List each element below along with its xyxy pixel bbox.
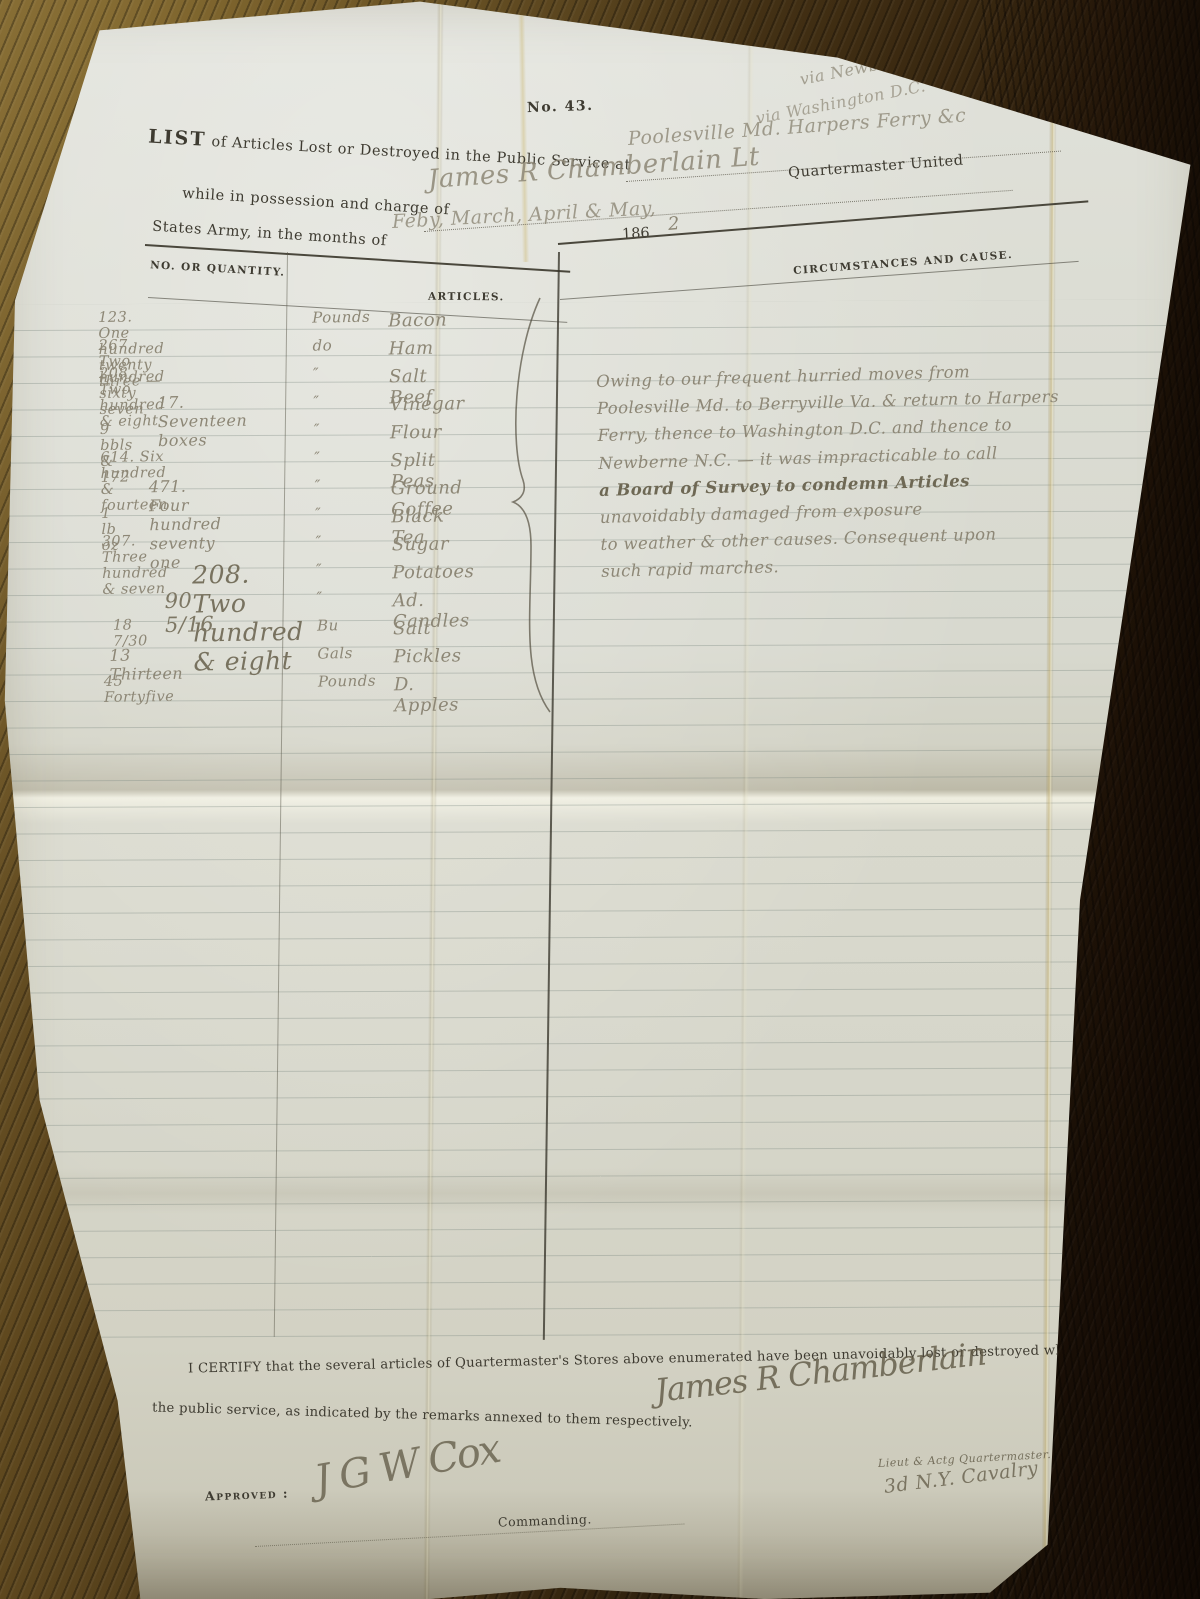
row-unit: ″: [315, 505, 321, 523]
row-article: Salt: [393, 618, 431, 640]
row-article: Bacon: [388, 310, 447, 332]
approved-label: Approved :: [205, 1486, 289, 1504]
row-article: Pickles: [393, 645, 461, 667]
row-unit: Pounds: [318, 672, 376, 691]
column-divider-1: [274, 252, 288, 1337]
year-digit-handwriting: 2: [667, 213, 681, 235]
grouping-brace: [498, 296, 562, 714]
printed-year-186: 186: [622, 225, 650, 242]
row-article: Sugar: [392, 534, 450, 556]
row-article: Potatoes: [392, 561, 474, 583]
row-unit: ″: [313, 365, 319, 383]
document-content: No. 43. via Newberne N.C. via Washington…: [0, 0, 1200, 1599]
row-unit: ″: [313, 393, 319, 411]
circumstances-paragraph: Owing to our frequent hurried moves from…: [596, 360, 1064, 590]
row-article: Vinegar: [389, 393, 464, 415]
row-unit: ″: [316, 533, 322, 551]
title-quartermaster-united: Quartermaster United: [788, 153, 965, 182]
approving-officer-signature: J G W Cox: [311, 1426, 503, 1504]
row-unit: Pounds: [312, 308, 370, 327]
row-unit: Bu: [317, 616, 339, 634]
column-header-articles: ARTICLES.: [428, 291, 505, 304]
commanding-label: Commanding.: [498, 1511, 592, 1529]
row-quantity: 45 Fortyfive: [104, 673, 175, 706]
articles-list: 123. One hundred twenty three — Pounds B…: [98, 310, 104, 702]
certificate-line-2: the public service, as indicated by the …: [152, 1400, 693, 1430]
row-unit: ″: [316, 561, 322, 579]
form-number: No. 43.: [527, 98, 594, 116]
column-header-quantity: NO. OR QUANTITY.: [150, 259, 286, 279]
title-word-list: LIST: [148, 126, 207, 151]
row-unit: ″: [314, 449, 320, 467]
quartermaster-signature: James R Chamberlain: [653, 1334, 988, 1409]
approved-signature-line: [255, 1522, 685, 1547]
title-line-3: States Army, in the months of: [152, 219, 388, 250]
row-article: Ham: [388, 338, 433, 360]
row-unit: do: [312, 336, 332, 354]
row-unit: ″: [315, 477, 321, 495]
row-article: Flour: [390, 422, 442, 444]
row-unit: Gals: [317, 644, 353, 663]
row-article: D. Apples: [394, 673, 459, 716]
row-unit: ″: [314, 421, 320, 439]
row-unit: ″: [316, 589, 322, 607]
